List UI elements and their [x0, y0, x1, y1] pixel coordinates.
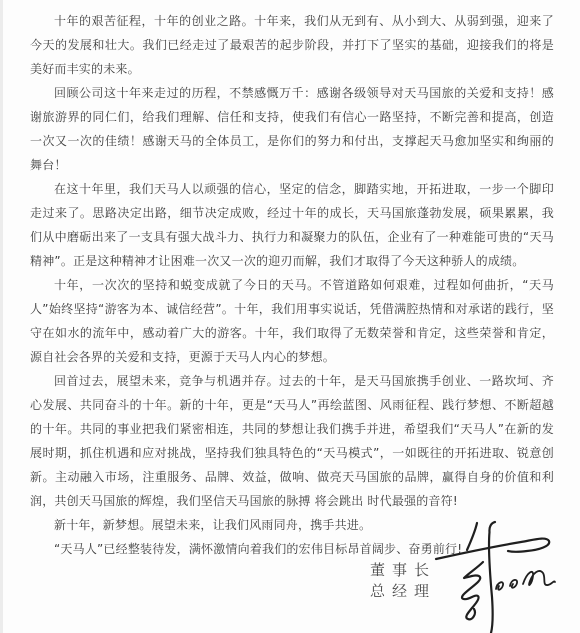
letter-page: 十年的艰苦征程，十年的创业之路。十年来，我们从无到有、从小到大、从弱到强，迎来了…: [0, 0, 580, 633]
general-manager-title: 总经理: [370, 581, 436, 602]
paragraph-opening: 十年的艰苦征程，十年的创业之路。十年来，我们从无到有、从小到大、从弱到强，迎来了…: [30, 9, 554, 81]
signature-block: 董事长 总经理: [370, 560, 436, 602]
paragraph-persistence: 十年，一次次的坚持和蜕变成就了今日的天马。不管道路如何艰难，过程如何曲折，“天马…: [30, 273, 554, 369]
paragraph-spirit: 在这十年里，我们天马人以顽强的信心，坚定的信念，脚踏实地，开拓进取，一步一个脚印…: [30, 177, 554, 273]
letter-body: 十年的艰苦征程，十年的创业之路。十年来，我们从无到有、从小到大、从弱到强，迎来了…: [30, 9, 554, 561]
chairman-title: 董事长: [370, 560, 436, 581]
paragraph-thanks: 回顾公司这十年来走过的历程，不禁感慨万千：感谢各级领导对天马国旅的关爱和支持！感…: [30, 81, 554, 177]
paragraph-outlook: 回首过去，展望未来，竞争与机遇并存。过去的十年，是天马国旅携手创业、一路坎坷、齐…: [30, 369, 554, 513]
handwritten-signature-icon: [433, 515, 563, 633]
